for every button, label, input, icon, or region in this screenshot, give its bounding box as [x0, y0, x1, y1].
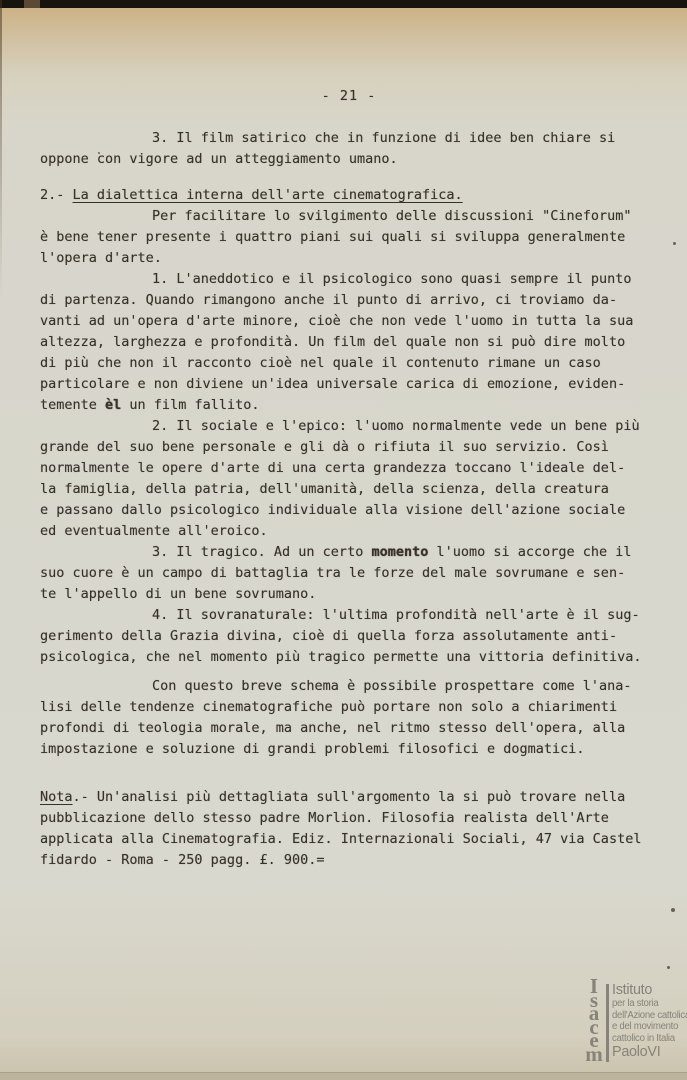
paragraph-item-1-aneddotico: 1. L'aneddotico e il psicologico sono qu… — [40, 269, 658, 416]
text-line: temente èl un film fallito. — [40, 395, 658, 416]
isacem-logo-text: Istitutoper la storiadell'Azione cattoli… — [612, 982, 687, 1060]
text-line: 2. Il sociale e l'epico: l'uomo normalme… — [40, 416, 658, 437]
paper-top-tint — [0, 8, 687, 72]
text-line: impostazione e soluzione di grandi probl… — [40, 739, 658, 760]
document-body: 3. Il film satirico che in funzione di i… — [40, 128, 658, 871]
paragraph-item-3-tragico: 3. Il tragico. Ad un certo momento l'uom… — [40, 542, 658, 605]
scan-speck — [673, 242, 676, 245]
text-line: la famiglia, della patria, dell'umanità,… — [40, 479, 658, 500]
isacem-logo-text-line: PaoloVI — [612, 1044, 687, 1060]
text-line: gerimento della Grazia divina, cioè di q… — [40, 626, 658, 647]
isacem-watermark-logo: Isacem Istitutoper la storiadell'Azione … — [573, 982, 685, 1068]
paragraph-item-2-sociale: 2. Il sociale e l'epico: l'uomo normalme… — [40, 416, 658, 542]
text-line: 4. Il sovranaturale: l'ultima profondità… — [40, 605, 658, 626]
paragraph-intro: Per facilitare lo svilgimento delle disc… — [40, 206, 658, 269]
scan-speck — [671, 908, 675, 912]
text-line: Per facilitare lo svilgimento delle disc… — [40, 206, 658, 227]
text-line: psicologica, che nel momento più tragico… — [40, 647, 658, 668]
text-line: ed eventualmente all'eroico. — [40, 521, 658, 542]
text-line: e passano dallo psicologico individuale … — [40, 500, 658, 521]
text-line: normalmente le opere d'arte di una certa… — [40, 458, 658, 479]
text-line: 3. Il film satirico che in funzione di i… — [40, 128, 658, 149]
text-line: l'opera d'arte. — [40, 248, 658, 269]
isacem-logo-text-line: e del movimento — [612, 1021, 687, 1033]
text-line: particolare e non diviene un'idea univer… — [40, 374, 658, 395]
isacem-logo-letter: m — [581, 1048, 607, 1062]
isacem-logo-text-line: Istituto — [612, 982, 687, 998]
text-line: di partenza. Quando rimangono anche il p… — [40, 290, 658, 311]
scan-top-edge-notch — [24, 0, 40, 8]
paragraph-item-4-sovranaturale: 4. Il sovranaturale: l'ultima profondità… — [40, 605, 658, 668]
isacem-logo-divider — [606, 984, 609, 1062]
text-line: è bene tener presente i quattro piani su… — [40, 227, 658, 248]
isacem-logo-text-line: per la storia — [612, 998, 687, 1010]
paragraph-nota: Nota.- Un'analisi più dettagliata sull'a… — [40, 787, 658, 871]
document-content: - 21 - 3. Il film satirico che in funzio… — [40, 86, 658, 871]
scanned-document-page: - 21 - 3. Il film satirico che in funzio… — [0, 0, 687, 1080]
scan-speck — [98, 152, 100, 154]
text-line: pubblicazione dello stesso padre Morlion… — [40, 808, 658, 829]
isacem-logo-letters: Isacem — [581, 980, 607, 1061]
text-line: te l'appello di un bene sovrumano. — [40, 584, 658, 605]
text-line: 3. Il tragico. Ad un certo momento l'uom… — [40, 542, 658, 563]
text-line: 1. L'aneddotico e il psicologico sono qu… — [40, 269, 658, 290]
page-number: - 21 - — [40, 86, 658, 107]
text-line: di più che non il racconto cioè nel qual… — [40, 353, 658, 374]
text-line: Con questo breve schema è possibile pros… — [40, 676, 658, 697]
scan-speck — [667, 966, 670, 969]
paragraph-conclusion: Con questo breve schema è possibile pros… — [40, 676, 658, 760]
scan-top-edge — [0, 0, 687, 8]
text-line: lisi delle tendenze cinematografiche può… — [40, 697, 658, 718]
text-line: fidardo - Roma - 250 pagg. £. 900.= — [40, 850, 658, 871]
text-line: altezza, larghezza e profondità. Un film… — [40, 332, 658, 353]
text-line: grande del suo bene personale e gli dà o… — [40, 437, 658, 458]
paragraph-item-3-satirico: 3. Il film satirico che in funzione di i… — [40, 128, 658, 170]
text-line: Nota.- Un'analisi più dettagliata sull'a… — [40, 787, 658, 808]
text-line: vanti ad un'opera d'arte minore, cioè ch… — [40, 311, 658, 332]
section-heading: 2.- La dialettica interna dell'arte cine… — [40, 185, 658, 206]
text-line: suo cuore è un campo di battaglia tra le… — [40, 563, 658, 584]
text-line: oppone con vigore ad un atteggiamento um… — [40, 149, 658, 170]
text-line: profondi di teologia morale, ma anche, n… — [40, 718, 658, 739]
scan-bottom-edge — [0, 1072, 687, 1080]
isacem-logo-text-line: dell'Azione cattolica — [612, 1010, 687, 1022]
text-line: applicata alla Cinematografia. Ediz. Int… — [40, 829, 658, 850]
text-line: 2.- La dialettica interna dell'arte cine… — [40, 185, 658, 206]
scan-left-edge — [0, 0, 2, 300]
